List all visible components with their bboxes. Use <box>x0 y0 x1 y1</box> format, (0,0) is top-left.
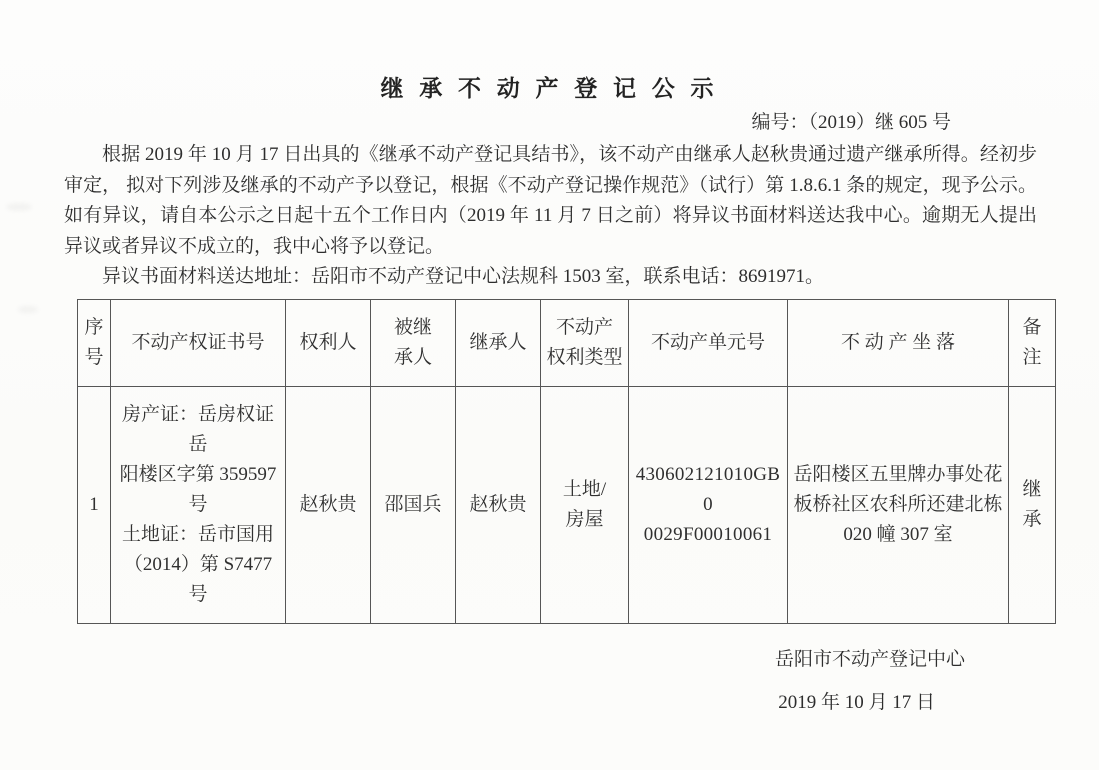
cell-location: 岳阳楼区五里牌办事处花 板桥社区农科所还建北栋 020 幢 307 室 <box>788 386 1009 623</box>
col-header-cert-no: 不动产权证书号 <box>111 299 286 386</box>
cell-decedent: 邵国兵 <box>371 386 456 623</box>
col-header-location: 不 动 产 坐 落 <box>788 299 1009 386</box>
scan-artifact <box>18 306 38 313</box>
doc-number: 编号：（2019）继 605 号 <box>0 107 1099 134</box>
cell-right-holder: 赵秋贵 <box>286 386 371 623</box>
col-header-decedent: 被继 承人 <box>371 299 456 386</box>
table-row: 1 房产证：岳房权证岳 阳楼区字第 359597 号 土地证：岳市国用 （201… <box>78 386 1056 623</box>
notice-paragraph: 根据 2019 年 10 月 17 日出具的《继承不动产登记具结书》，该不动产由… <box>64 140 1037 262</box>
col-header-right-type: 不动产 权利类型 <box>541 299 629 386</box>
registration-table: 序号 不动产权证书号 权利人 被继 承人 继承人 不动产 权利类型 不动产单元号… <box>77 299 1056 624</box>
address-line: 异议书面材料送达地址：岳阳市不动产登记中心法规科 1503 室，联系电话：869… <box>64 262 1037 293</box>
cell-remark: 继承 <box>1009 386 1056 623</box>
col-header-unit-no: 不动产单元号 <box>629 299 788 386</box>
issuing-org: 岳阳市不动产登记中心 <box>0 644 1099 671</box>
cell-cert-no: 房产证：岳房权证岳 阳楼区字第 359597 号 土地证：岳市国用 （2014）… <box>111 386 286 623</box>
cell-seq: 1 <box>78 386 111 623</box>
col-header-right-holder: 权利人 <box>286 299 371 386</box>
page-title: 继 承 不 动 产 登 记 公 示 <box>0 0 1099 103</box>
col-header-seq: 序号 <box>78 299 111 386</box>
col-header-remark: 备注 <box>1009 299 1056 386</box>
issue-date: 2019 年 10 月 17 日 <box>0 687 1099 714</box>
cell-unit-no: 430602121010GB0 0029F00010061 <box>629 386 788 623</box>
cell-heir: 赵秋贵 <box>456 386 541 623</box>
table-header-row: 序号 不动产权证书号 权利人 被继 承人 继承人 不动产 权利类型 不动产单元号… <box>78 299 1056 386</box>
scanned-notice-page: 继 承 不 动 产 登 记 公 示 编号：（2019）继 605 号 根据 20… <box>0 0 1099 770</box>
col-header-heir: 继承人 <box>456 299 541 386</box>
cell-right-type: 土地/ 房屋 <box>541 386 629 623</box>
scan-artifact <box>6 203 32 211</box>
